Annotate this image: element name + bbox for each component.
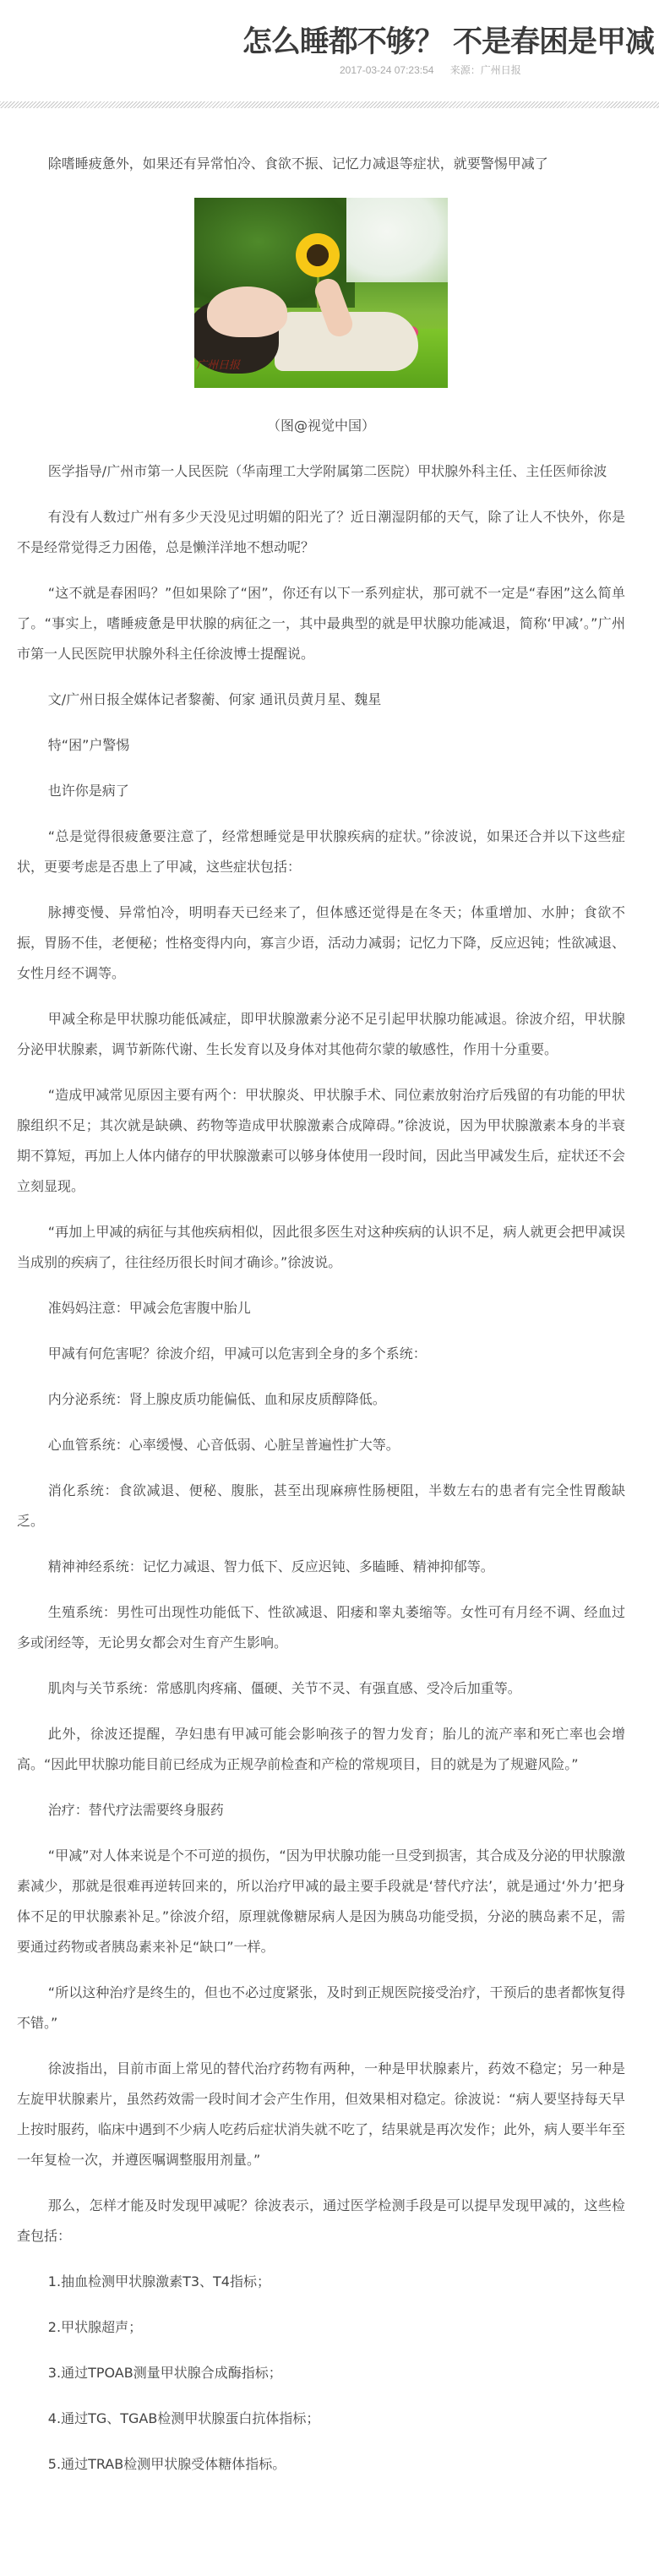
intro-paragraph: 除嗜睡疲惫外，如果还有异常怕冷、食欲不振、记忆力减退等症状，就要警惕甲减了 (17, 149, 625, 179)
paragraph: 精神神经系统：记忆力减退、智力低下、反应迟钝、多瞌睡、精神抑郁等。 (17, 1552, 625, 1582)
paragraph: 消化系统：食欲减退、便秘、腹胀，甚至出现麻痹性肠梗阻，半数左右的患者有完全性胃酸… (17, 1476, 625, 1536)
paragraph: 脉搏变慢、异常怕冷，明明春天已经来了，但体感还觉得是在冬天；体重增加、水肿；食欲… (17, 898, 625, 989)
byline: 文/广州日报全媒体记者黎蘅、何家 通讯员黄月星、魏星 (17, 685, 625, 715)
checks-list: 1.抽血检测甲状腺激素T3、T4指标； 2.甲状腺超声； 3.通过TPOAB测量… (17, 2267, 625, 2480)
article-source: 来源：广州日报 (450, 64, 521, 76)
photo-caption: （图@视觉中国） (17, 411, 625, 441)
subheading: 特“困”户警惕 (17, 730, 625, 761)
paragraph: “所以这种治疗是终生的，但也不必过度紧张，及时到正规医院接受治疗，干预后的患者都… (17, 1978, 625, 2038)
article-photo: 广州日报 (194, 198, 448, 388)
publish-datetime: 2017-03-24 07:23:54 (340, 64, 433, 76)
sunflower-graphic (296, 233, 340, 277)
paragraph: “总是觉得很疲惫要注意了，经常想睡觉是甲状腺疾病的症状。”徐波说，如果还合并以下… (17, 821, 625, 882)
paragraph: 内分泌系统：肾上腺皮质功能偏低、血和尿皮质醇降低。 (17, 1384, 625, 1415)
article-figure: 广州日报 (17, 198, 625, 399)
list-item: 5.通过TRAB检测甲状腺受体糖体指标。 (17, 2449, 625, 2480)
article-header: 怎么睡都不够？ 不是春困是甲减 2017-03-24 07:23:54 来源：广… (0, 0, 659, 101)
paragraph: 肌肉与关节系统：常感肌肉疼痛、僵硬、关节不灵、有强直感、受冷后加重等。 (17, 1673, 625, 1704)
article-meta: 2017-03-24 07:23:54 来源：广州日报 (340, 63, 521, 77)
list-item: 2.甲状腺超声； (17, 2312, 625, 2343)
paragraph: 甲减全称是甲状腺功能低减症，即甲状腺激素分泌不足引起甲状腺功能减退。徐波介绍，甲… (17, 1004, 625, 1065)
subheading: 也许你是病了 (17, 776, 625, 806)
paragraph: 有没有人数过广州有多少天没见过明媚的阳光了？近日潮湿阴郁的天气，除了让人不快外，… (17, 502, 625, 563)
photo-watermark: 广州日报 (196, 351, 240, 381)
article-body: 除嗜睡疲惫外，如果还有异常怕冷、食欲不振、记忆力减退等症状，就要警惕甲减了 广州… (0, 101, 659, 2520)
paragraph: 那么，怎样才能及时发现甲减呢？徐波表示，通过医学检测手段是可以提早发现甲减的，这… (17, 2191, 625, 2251)
paragraph: 医学指导/广州市第一人民医院（华南理工大学附属第二医院）甲状腺外科主任、主任医师… (17, 456, 625, 487)
subheading: 治疗：替代疗法需要终身服药 (17, 1795, 625, 1826)
list-item: 4.通过TG、TGAB检测甲状腺蛋白抗体指标； (17, 2404, 625, 2434)
paragraph: “再加上甲减的病征与其他疾病相似，因此很多医生对这种疾病的认识不足，病人就更会把… (17, 1217, 625, 1278)
article-title: 怎么睡都不够？ 不是春困是甲减 (242, 19, 654, 61)
paragraph: 徐波指出，目前市面上常见的替代治疗药物有两种，一种是甲状腺素片，药效不稳定；另一… (17, 2054, 625, 2175)
paragraph: 生殖系统：男性可出现性功能低下、性欲减退、阳痿和睾丸萎缩等。女性可有月经不调、经… (17, 1597, 625, 1658)
paragraph: “造成甲减常见原因主要有两个：甲状腺炎、甲状腺手术、同位素放射治疗后残留的有功能… (17, 1080, 625, 1202)
list-item: 3.通过TPOAB测量甲状腺合成酶指标； (17, 2358, 625, 2388)
list-item: 1.抽血检测甲状腺激素T3、T4指标； (17, 2267, 625, 2297)
subheading: 准妈妈注意：甲减会危害腹中胎儿 (17, 1293, 625, 1323)
paragraph: “甲减”对人体来说是个不可逆的损伤，“因为甲状腺功能一旦受到损害，其合成及分泌的… (17, 1841, 625, 1962)
paragraph: 此外，徐波还提醒，孕妇患有甲减可能会影响孩子的智力发育；胎儿的流产率和死亡率也会… (17, 1719, 625, 1780)
paragraph: “这不就是春困吗？”但如果除了“困”，你还有以下一系列症状，那可就不一定是“春困… (17, 578, 625, 669)
paragraph: 甲减有何危害呢？徐波介绍，甲减可以危害到全身的多个系统： (17, 1339, 625, 1369)
hatched-divider (0, 101, 659, 108)
paragraph: 心血管系统：心率缓慢、心音低弱、心脏呈普遍性扩大等。 (17, 1430, 625, 1460)
